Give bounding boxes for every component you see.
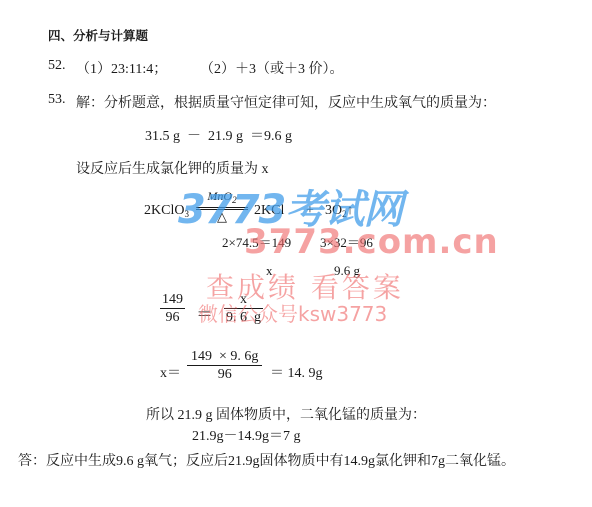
equation-product-o2: 3O2↑ [325, 203, 354, 219]
final-answer: 答：反应中生成9.6 g氧气；反应后21.9g固体物质中有14.9g氯化钾和7g… [18, 450, 515, 470]
mno2-intro: 所以 21.9 g 固体物质中，二氧化锰的质量为： [146, 404, 426, 424]
equation-reactant: 2KClO3 [144, 203, 189, 219]
q52-part2: （2）＋3（或＋3 价）。 [200, 58, 344, 78]
mass-kcl-x: x [266, 263, 273, 279]
equation-plus: + [306, 203, 314, 219]
solve-lhs: x＝ [160, 362, 181, 382]
q52-label: 52. [48, 58, 66, 74]
mass-o2: 9.6 g [334, 263, 360, 279]
section-title: 四、分析与计算题 [48, 26, 148, 44]
assume-statement: 设反应后生成氯化钾的质量为 x [76, 158, 269, 178]
catalyst-label: MnO2 [207, 190, 236, 206]
q52-part1: （1）23:11:4； [76, 58, 167, 78]
solve-fraction: 149 × 9. 6g 96 [187, 349, 262, 383]
ratio-left: 149 96 [160, 292, 185, 326]
equation-product-kcl: 2KCl [254, 203, 284, 219]
reaction-condition: MnO2 △ [196, 190, 248, 223]
q53-intro: 解：分析题意，根据质量守恒定律可知，反应中生成氧气的质量为： [76, 92, 496, 112]
q53-label: 53. [48, 92, 66, 108]
ratio-equals: ＝ [196, 300, 213, 325]
solve-result: ＝ 14. 9g [270, 362, 323, 382]
molar-mass-o2: 3×32＝96 [320, 232, 373, 251]
mno2-calc: 21.9g－14.9g＝7 g [192, 425, 301, 445]
oxygen-mass-calc: 31.5 g － 21.9 g ＝9.6 g [145, 125, 292, 145]
ratio-right: x 9. 6 g [224, 292, 263, 326]
gas-up-arrow-icon: ↑ [347, 203, 354, 218]
molar-mass-kcl: 2×74.5＝149 [222, 232, 291, 251]
heat-triangle-icon: △ [217, 211, 227, 223]
